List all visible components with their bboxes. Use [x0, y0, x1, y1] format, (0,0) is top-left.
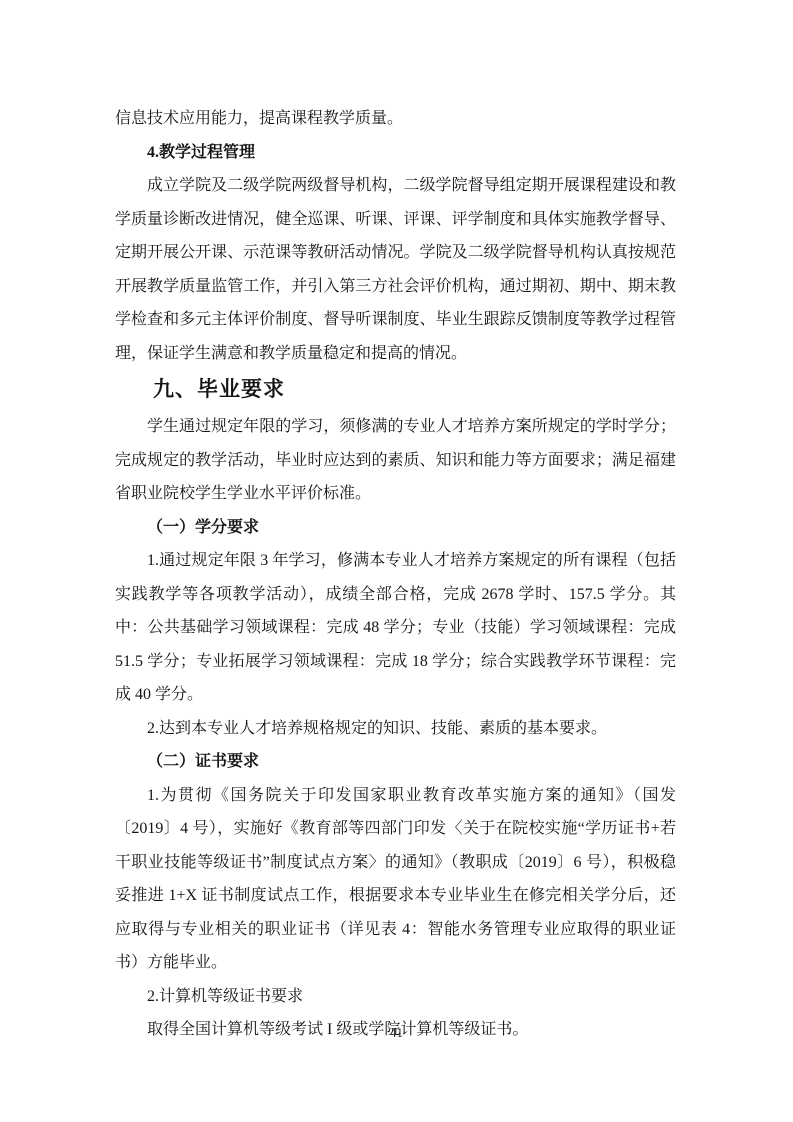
subheading-credit-requirements: （一）学分要求 [115, 511, 676, 545]
subheading-certificate-requirements: （二）证书要求 [115, 745, 676, 779]
heading-teaching-process-management: 4.教学过程管理 [115, 136, 676, 170]
paragraph-graduation-overview: 学生通过规定年限的学习，须修满的专业人才培养方案所规定的学时学分；完成规定的教学… [115, 410, 676, 511]
paragraph-quality-improvement: 信息技术应用能力，提高课程教学质量。 [115, 102, 676, 136]
paragraph-computer-certificate-title: 2.计算机等级证书要求 [115, 980, 676, 1014]
document-page: 信息技术应用能力，提高课程教学质量。 4.教学过程管理 成立学院及二级学院两级督… [0, 0, 793, 1122]
paragraph-certificate-policy: 1.为贯彻《国务院关于印发国家职业教育改革实施方案的通知》（国发〔2019〕4 … [115, 779, 676, 980]
paragraph-credit-details: 1.通过规定年限 3 年学习，修满本专业人才培养方案规定的所有课程（包括实践教学… [115, 544, 676, 712]
page-number: 41 [0, 1024, 793, 1042]
paragraph-supervision-system: 成立学院及二级学院两级督导机构，二级学院督导组定期开展课程建设和教学质量诊断改进… [115, 169, 676, 370]
paragraph-training-spec-requirement: 2.达到本专业人才培养规格规定的知识、技能、素质的基本要求。 [115, 712, 676, 746]
document-body: 信息技术应用能力，提高课程教学质量。 4.教学过程管理 成立学院及二级学院两级督… [0, 0, 793, 1047]
section-heading-graduation-requirements: 九、毕业要求 [153, 372, 676, 408]
